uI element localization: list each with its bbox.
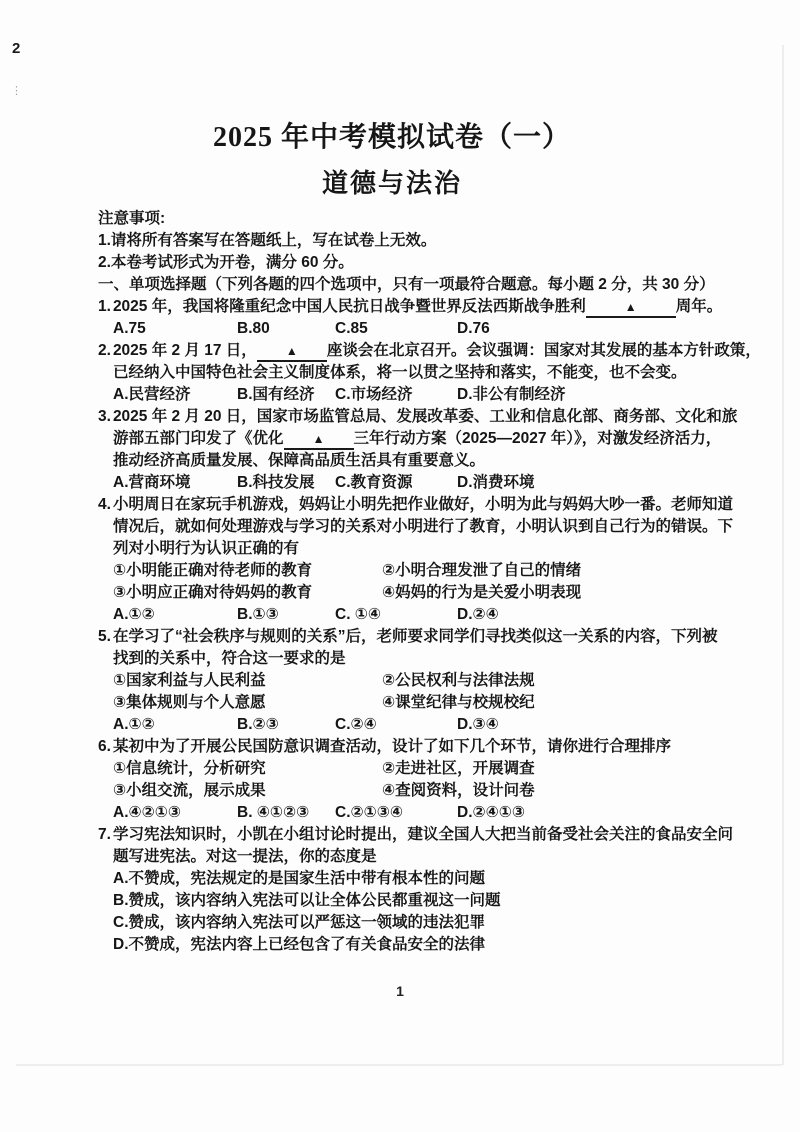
question-3-stem-line3: 推动经济高质量发展、保障高品质生活具有重要意义。: [113, 450, 716, 472]
question-2-stem: 2.2025 年 2 月 17 日，▲座谈会在北京召开。会议强调：国家对其发展的…: [98, 340, 716, 362]
question-4-stem: 4.小明周日在家玩手机游戏，妈妈让小明先把作业做好，小明为此与妈妈大吵一番。老师…: [98, 494, 716, 516]
question-3-option-b: B.科技发展: [237, 472, 335, 494]
question-5-subitem-3: ③集体规则与个人意愿: [113, 692, 382, 714]
question-6-option-c: C.②①③④: [335, 802, 457, 824]
question-4-subitem-4: ④妈妈的行为是关爱小明表现: [382, 582, 716, 604]
question-7-text: 学习宪法知识时，小凯在小组讨论时提出，建议全国人大把当前备受社会关注的食品安全问: [113, 826, 733, 843]
question-4-subitems-row2: ③小明应正确对待妈妈的教育 ④妈妈的行为是关爱小明表现: [113, 582, 716, 604]
question-1-blank: ▲: [586, 298, 676, 318]
question-3-stem: 3.2025 年 2 月 20 日，国家市场监管总局、发展改革委、工业和信息化部…: [98, 406, 716, 428]
question-3-number: 3.: [98, 408, 111, 425]
question-7-option-a: A.不赞成，宪法规定的是国家生活中带有根本性的问题: [113, 868, 716, 890]
question-6-subitems-row1: ①信息统计，分析研究 ②走进社区，开展调查: [113, 758, 716, 780]
question-5-options: A.①② B.②③ C.②④ D.③④: [113, 714, 716, 736]
question-4-text: 小明周日在家玩手机游戏，妈妈让小明先把作业做好，小明为此与妈妈大吵一番。老师知道: [113, 496, 733, 513]
paper-sheet: 2 ⋮ 2025 年中考模拟试卷（一） 道德与法治 注意事项: 1.请将所有答案…: [0, 0, 800, 1132]
question-3-option-a: A.营商环境: [113, 472, 237, 494]
question-2-stem-line2: 已经纳入中国特色社会主义制度体系，将一以贯之坚持和落实，不能变，也不会变。: [113, 362, 716, 384]
question-4-subitem-2: ②小明合理发泄了自己的情绪: [382, 560, 716, 582]
question-7-option-c: C.赞成，该内容纳入宪法可以严惩这一领域的违法犯罪: [113, 912, 716, 934]
margin-mark-corner: 2: [12, 40, 20, 57]
margin-mark-dots: ⋮: [11, 84, 22, 97]
question-5-text: 在学习了“社会秩序与规则的关系”后，老师要求同学们寻找类似这一关系的内容，下列被: [113, 628, 718, 645]
question-7-option-b: B.赞成，该内容纳入宪法可以让全体公民都重视这一问题: [113, 890, 716, 912]
question-4-stem-line3: 列对小明行为认识正确的有: [113, 538, 716, 560]
question-5-option-c: C.②④: [335, 714, 457, 736]
question-4-option-d: D.②④: [457, 604, 716, 626]
question-5-subitem-4: ④课堂纪律与校规校纪: [382, 692, 716, 714]
question-1-options: A.75 B.80 C.85 D.76: [113, 318, 716, 340]
question-4-subitem-3: ③小明应正确对待妈妈的教育: [113, 582, 382, 604]
question-3-option-d: D.消费环境: [457, 472, 716, 494]
question-3-option-c: C.教育资源: [335, 472, 457, 494]
question-3-text: 2025 年 2 月 20 日，国家市场监管总局、发展改革委、工业和信息化部、商…: [113, 408, 737, 425]
question-2-text: 2025 年 2 月 17 日，: [113, 342, 257, 359]
question-5-stem-line2: 找到的关系中，符合这一要求的是: [113, 648, 716, 670]
exam-title: 2025 年中考模拟试卷（一）: [0, 120, 784, 156]
question-6-subitem-3: ③小组交流，展示成果: [113, 780, 382, 802]
notes-heading: 注意事项:: [98, 208, 716, 230]
question-1-option-d: D.76: [457, 318, 716, 340]
question-2-options: A.民营经济 B.国有经济 C.市场经济 D.非公有制经济: [113, 384, 716, 406]
question-5-subitem-1: ①国家利益与人民利益: [113, 670, 382, 692]
question-4-option-c: C. ①④: [335, 604, 457, 626]
note-item-1: 1.请将所有答案写在答题纸上，写在试卷上无效。: [98, 230, 716, 252]
question-5-subitems-row2: ③集体规则与个人意愿 ④课堂纪律与校规校纪: [113, 692, 716, 714]
section-heading: 一、单项选择题（下列各题的四个选项中，只有一项最符合题意。每小题 2 分，共 3…: [98, 274, 716, 296]
question-4-option-b: B.①③: [237, 604, 335, 626]
question-2-option-b: B.国有经济: [237, 384, 335, 406]
question-6-number: 6.: [98, 738, 111, 755]
question-6-subitem-4: ④查阅资料，设计问卷: [382, 780, 716, 802]
question-7-number: 7.: [98, 826, 111, 843]
question-2-blank: ▲: [257, 342, 327, 362]
question-6-subitem-2: ②走进社区，开展调查: [382, 758, 716, 780]
question-4-subitems-row1: ①小明能正确对待老师的教育 ②小明合理发泄了自己的情绪: [113, 560, 716, 582]
question-4-number: 4.: [98, 496, 111, 513]
question-1-text: 2025 年，我国将隆重纪念中国人民抗日战争暨世界反法西斯战争胜利: [113, 298, 586, 315]
question-5-option-d: D.③④: [457, 714, 716, 736]
question-1-option-c: C.85: [335, 318, 457, 340]
page-number: 1: [0, 983, 800, 999]
question-3-options: A.营商环境 B.科技发展 C.教育资源 D.消费环境: [113, 472, 716, 494]
question-6-subitem-1: ①信息统计，分析研究: [113, 758, 382, 780]
question-6-options: A.④②①③ B. ④①②③ C.②①③④ D.②④①③: [113, 802, 716, 824]
question-1-stem: 1.2025 年，我国将隆重纪念中国人民抗日战争暨世界反法西斯战争胜利▲周年。: [98, 296, 716, 318]
exam-subject-title: 道德与法治: [0, 167, 784, 201]
page-edge-bottom: [16, 1064, 782, 1066]
question-3-text2-after: 三年行动方案（2025—2027 年）》，对激发经济活力，: [354, 430, 722, 447]
question-4-option-a: A.①②: [113, 604, 237, 626]
question-4-stem-line2: 情况后，就如何处理游戏与学习的关系对小明进行了教育，小明认识到自己行为的错误。下: [113, 516, 716, 538]
question-6-option-d: D.②④①③: [457, 802, 716, 824]
question-6-text: 某初中为了开展公民国防意识调查活动，设计了如下几个环节，请你进行合理排序: [113, 738, 671, 755]
question-2-option-a: A.民营经济: [113, 384, 237, 406]
question-3-stem-line2: 游部五部门印发了《优化▲三年行动方案（2025—2027 年）》，对激发经济活力…: [113, 428, 716, 450]
question-5-subitem-2: ②公民权利与法律法规: [382, 670, 716, 692]
question-2-text-after: 座谈会在北京召开。会议强调：国家对其发展的基本方针政策，: [327, 342, 761, 359]
question-3-text2: 游部五部门印发了《优化: [113, 430, 284, 447]
question-5-subitems-row1: ①国家利益与人民利益 ②公民权利与法律法规: [113, 670, 716, 692]
question-1-option-b: B.80: [237, 318, 335, 340]
question-1-text-after: 周年。: [676, 298, 723, 315]
question-1-option-a: A.75: [113, 318, 237, 340]
question-1-number: 1.: [98, 298, 111, 315]
question-5-stem: 5.在学习了“社会秩序与规则的关系”后，老师要求同学们寻找类似这一关系的内容，下…: [98, 626, 716, 648]
question-4-subitem-1: ①小明能正确对待老师的教育: [113, 560, 382, 582]
question-5-option-b: B.②③: [237, 714, 335, 736]
note-item-2: 2.本卷考试形式为开卷，满分 60 分。: [98, 252, 716, 274]
question-7-option-d: D.不赞成，宪法内容上已经包含了有关食品安全的法律: [113, 934, 716, 956]
question-6-option-b: B. ④①②③: [237, 802, 335, 824]
question-2-number: 2.: [98, 342, 111, 359]
question-3-blank: ▲: [284, 430, 354, 450]
question-5-number: 5.: [98, 628, 111, 645]
scanned-exam-page: { "colors": { "text": "#161616", "paper"…: [0, 0, 800, 1132]
question-7-stem-line2: 题写进宪法。对这一提法，你的态度是: [113, 846, 716, 868]
question-6-option-a: A.④②①③: [113, 802, 237, 824]
question-4-options: A.①② B.①③ C. ①④ D.②④: [113, 604, 716, 626]
question-5-option-a: A.①②: [113, 714, 237, 736]
question-7-stem: 7.学习宪法知识时，小凯在小组讨论时提出，建议全国人大把当前备受社会关注的食品安…: [98, 824, 716, 846]
exam-body: 注意事项: 1.请将所有答案写在答题纸上，写在试卷上无效。 2.本卷考试形式为开…: [98, 208, 716, 956]
question-2-option-c: C.市场经济: [335, 384, 457, 406]
question-6-stem: 6.某初中为了开展公民国防意识调查活动，设计了如下几个环节，请你进行合理排序: [98, 736, 716, 758]
question-6-subitems-row2: ③小组交流，展示成果 ④查阅资料，设计问卷: [113, 780, 716, 802]
question-2-option-d: D.非公有制经济: [457, 384, 716, 406]
